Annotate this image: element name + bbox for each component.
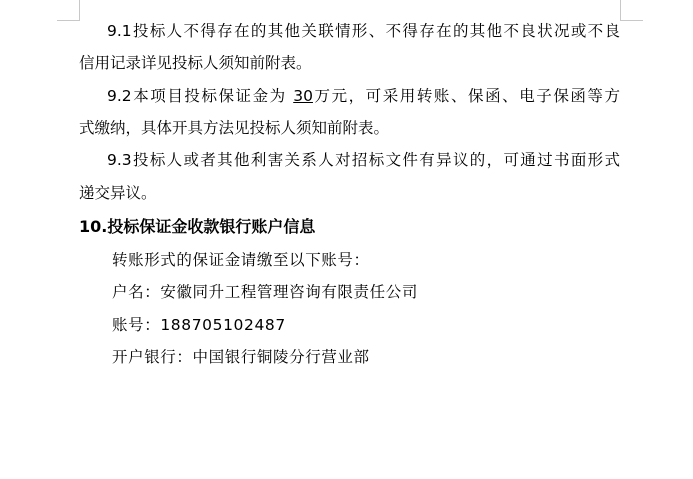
account-number-row: 账号：188705102487 [112, 315, 286, 335]
account-name-value: 安徽同升工程管理咨询有限责任公司 [160, 283, 418, 301]
deposit-amount: 30 [293, 87, 313, 105]
bank-value: 中国银行铜陵分行营业部 [193, 348, 370, 366]
paragraph-9-3-line-1: 9.3投标人或者其他利害关系人对招标文件有异议的，可通过书面形式 [107, 150, 620, 170]
account-name-label: 户名： [112, 283, 160, 301]
paragraph-9-2-text-after: 万元，可采用转账、保函、电子保函等方 [313, 87, 620, 105]
section-heading-10: 10.投标保证金收款银行账户信息 [79, 217, 315, 237]
bank-row: 开户银行：中国银行铜陵分行营业部 [112, 347, 370, 367]
page-corner-mark-left [57, 0, 80, 21]
paragraph-9-2-line-2: 式缴纳，具体开具方法见投标人须知前附表。 [79, 118, 620, 138]
page-corner-mark-right [620, 0, 643, 21]
paragraph-9-2-line-1: 9.2本项目投标保证金为 30万元，可采用转账、保函、电子保函等方 [107, 86, 620, 106]
paragraph-9-1-line-1: 9.1投标人不得存在的其他关联情形、不得存在的其他不良状况或不良 [107, 21, 620, 41]
bank-label: 开户银行： [112, 348, 193, 366]
bank-intro: 转账形式的保证金请缴至以下账号： [112, 250, 370, 270]
account-number-label: 账号： [112, 316, 160, 334]
paragraph-9-1-line-2: 信用记录详见投标人须知前附表。 [79, 53, 620, 73]
account-number-value: 188705102487 [160, 316, 286, 334]
paragraph-9-3-line-2: 递交异议。 [79, 183, 620, 203]
paragraph-9-2-text-before: 9.2本项目投标保证金为 [107, 87, 293, 105]
account-name-row: 户名：安徽同升工程管理咨询有限责任公司 [112, 282, 418, 302]
